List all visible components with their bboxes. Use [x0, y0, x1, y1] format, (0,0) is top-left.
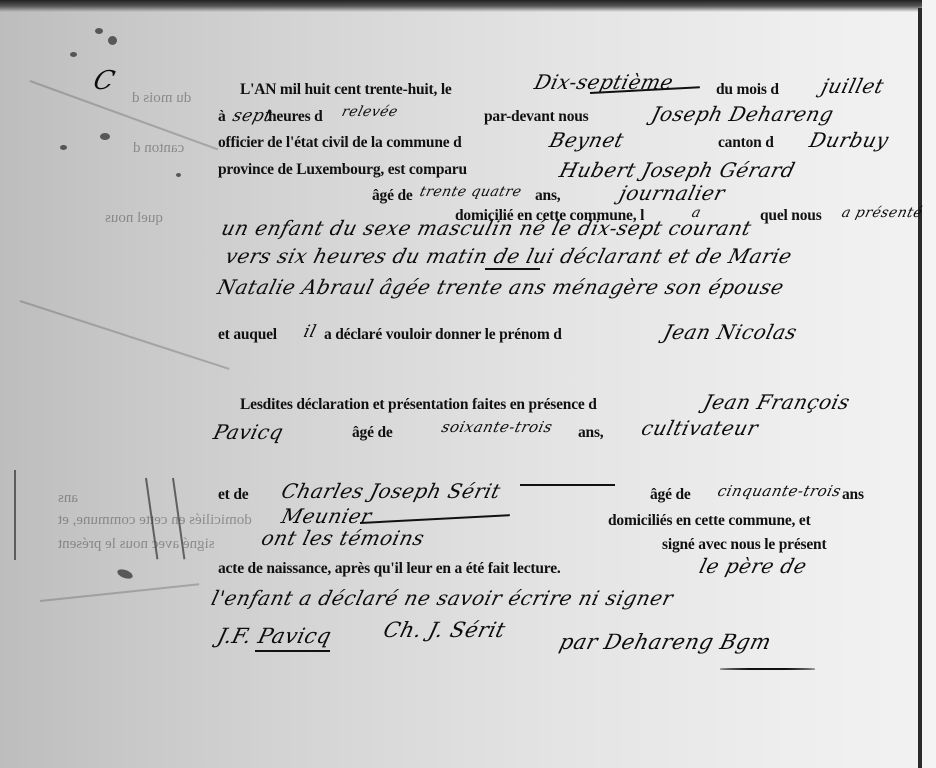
printed-line-11a: domiciliés en cette commune, et: [608, 512, 811, 530]
hw-presented-3: vers six heures du matin de lui déclaran…: [223, 244, 795, 268]
ink-blot: [116, 568, 134, 581]
printed-line-10b: âgé de: [650, 486, 691, 504]
hw-witness1-name-a: Jean François: [701, 390, 853, 414]
printed-line-2c: par-devant nous: [484, 108, 589, 126]
paper-streak: [20, 300, 230, 370]
signature-flourish: [720, 668, 815, 670]
printed-line-1b: du mois d: [716, 81, 779, 99]
hw-addendum-2: l'enfant a déclaré ne savoir écrire ni s…: [209, 586, 676, 610]
hw-hour: sept: [231, 106, 274, 126]
printed-line-1a: L'AN mil huit cent trente-huit, le: [240, 81, 452, 99]
hw-witness2-age: cinquante-trois: [716, 482, 843, 500]
scanned-document-page: du mois d canton d quel nous ans domicil…: [0, 0, 936, 768]
hw-presented-4: Natalie Abraul âgée trente ans ménagère …: [215, 275, 787, 299]
printed-line-3a: officier de l'état civil de la commune d: [218, 134, 462, 152]
printed-line-13a: acte de naissance, après qu'il leur en a…: [218, 560, 561, 578]
ink-blot: [100, 133, 110, 140]
hw-underline: [520, 484, 615, 486]
printed-line-4a: province de Luxembourg, est comparu: [218, 161, 467, 179]
bleed-through-text: signé avec nous le présent: [58, 536, 215, 553]
bleed-through-text: canton d: [133, 140, 184, 157]
printed-line-3b: canton d: [718, 134, 774, 152]
hw-month: juillet: [819, 74, 887, 98]
ink-blot: [60, 145, 67, 150]
bleed-through-text: du mois d: [132, 90, 191, 107]
hw-declarant-occupation: journalier: [617, 181, 728, 205]
ink-blot: [108, 36, 117, 45]
hw-witness1-age: soixante-trois: [440, 418, 555, 436]
printed-line-9a: âgé de: [352, 424, 393, 442]
hw-witness2-name: Charles Joseph Sérit: [279, 479, 503, 503]
hw-declarant-name: Hubert Joseph Gérard: [557, 158, 798, 182]
ink-blot: [95, 28, 103, 34]
hw-presented-1: a présenté: [840, 205, 924, 221]
margin-mark: C: [90, 66, 118, 96]
signature-witness1: J.F. Pavicq: [215, 624, 334, 648]
printed-line-8a: Lesdites déclaration et présentation fai…: [240, 396, 597, 414]
printed-line-12a: signé avec nous le présent: [662, 536, 826, 554]
printed-line-5a: âgé de: [372, 187, 413, 205]
bleed-through-text: domiciliés en cette commune, et: [58, 512, 252, 529]
printed-line-2a: à: [218, 108, 226, 126]
signature-witness2: Ch. J. Sérit: [381, 618, 508, 642]
bleed-through-text: quel nous: [105, 210, 163, 227]
printed-line-7a: et auquel: [218, 326, 277, 344]
paper-streak: [40, 583, 199, 602]
hw-commune: Beynet: [547, 128, 627, 152]
signature-underline: [255, 650, 330, 652]
hw-canton: Durbuy: [807, 128, 891, 152]
hw-addendum-1: le père de: [697, 554, 810, 578]
bleed-through-text: ans: [58, 490, 78, 507]
hw-auquel-il: il: [302, 322, 319, 342]
ink-blot: [176, 173, 181, 177]
printed-line-9b: ans,: [578, 424, 603, 442]
ink-blot: [70, 52, 77, 57]
signature-officer: par Dehareng Bgm: [557, 630, 774, 654]
printed-line-7b: a déclaré vouloir donner le prénom d: [324, 326, 562, 344]
hw-ont-les-temoins: ont les témoins: [259, 526, 427, 550]
printed-line-5b: ans,: [535, 187, 560, 205]
page-top-shadow: [0, 0, 936, 12]
hw-presented-2: un enfant du sexe masculin né le dix-sep…: [219, 216, 754, 240]
hw-declarant-age: trente quatre: [418, 184, 523, 200]
margin-line: [14, 470, 16, 560]
hw-officer-name: Joseph Dehareng: [649, 102, 836, 126]
hw-child-prenom: Jean Nicolas: [661, 320, 800, 344]
hw-underline: [485, 268, 540, 270]
printed-line-2b: heures d: [268, 108, 323, 126]
page-right-margin: [922, 0, 936, 768]
hw-witness2-occupation: Meunier: [279, 504, 374, 528]
printed-line-6b: quel nous: [760, 207, 822, 225]
hw-underline: [360, 514, 510, 523]
printed-line-10a: et de: [218, 486, 248, 504]
printed-line-10c: ans: [842, 486, 864, 504]
hw-witness1-name-b: Pavicq: [211, 420, 286, 444]
hw-witness1-occupation: cultivateur: [639, 416, 761, 440]
hw-time-of-day: relevée: [340, 104, 400, 120]
